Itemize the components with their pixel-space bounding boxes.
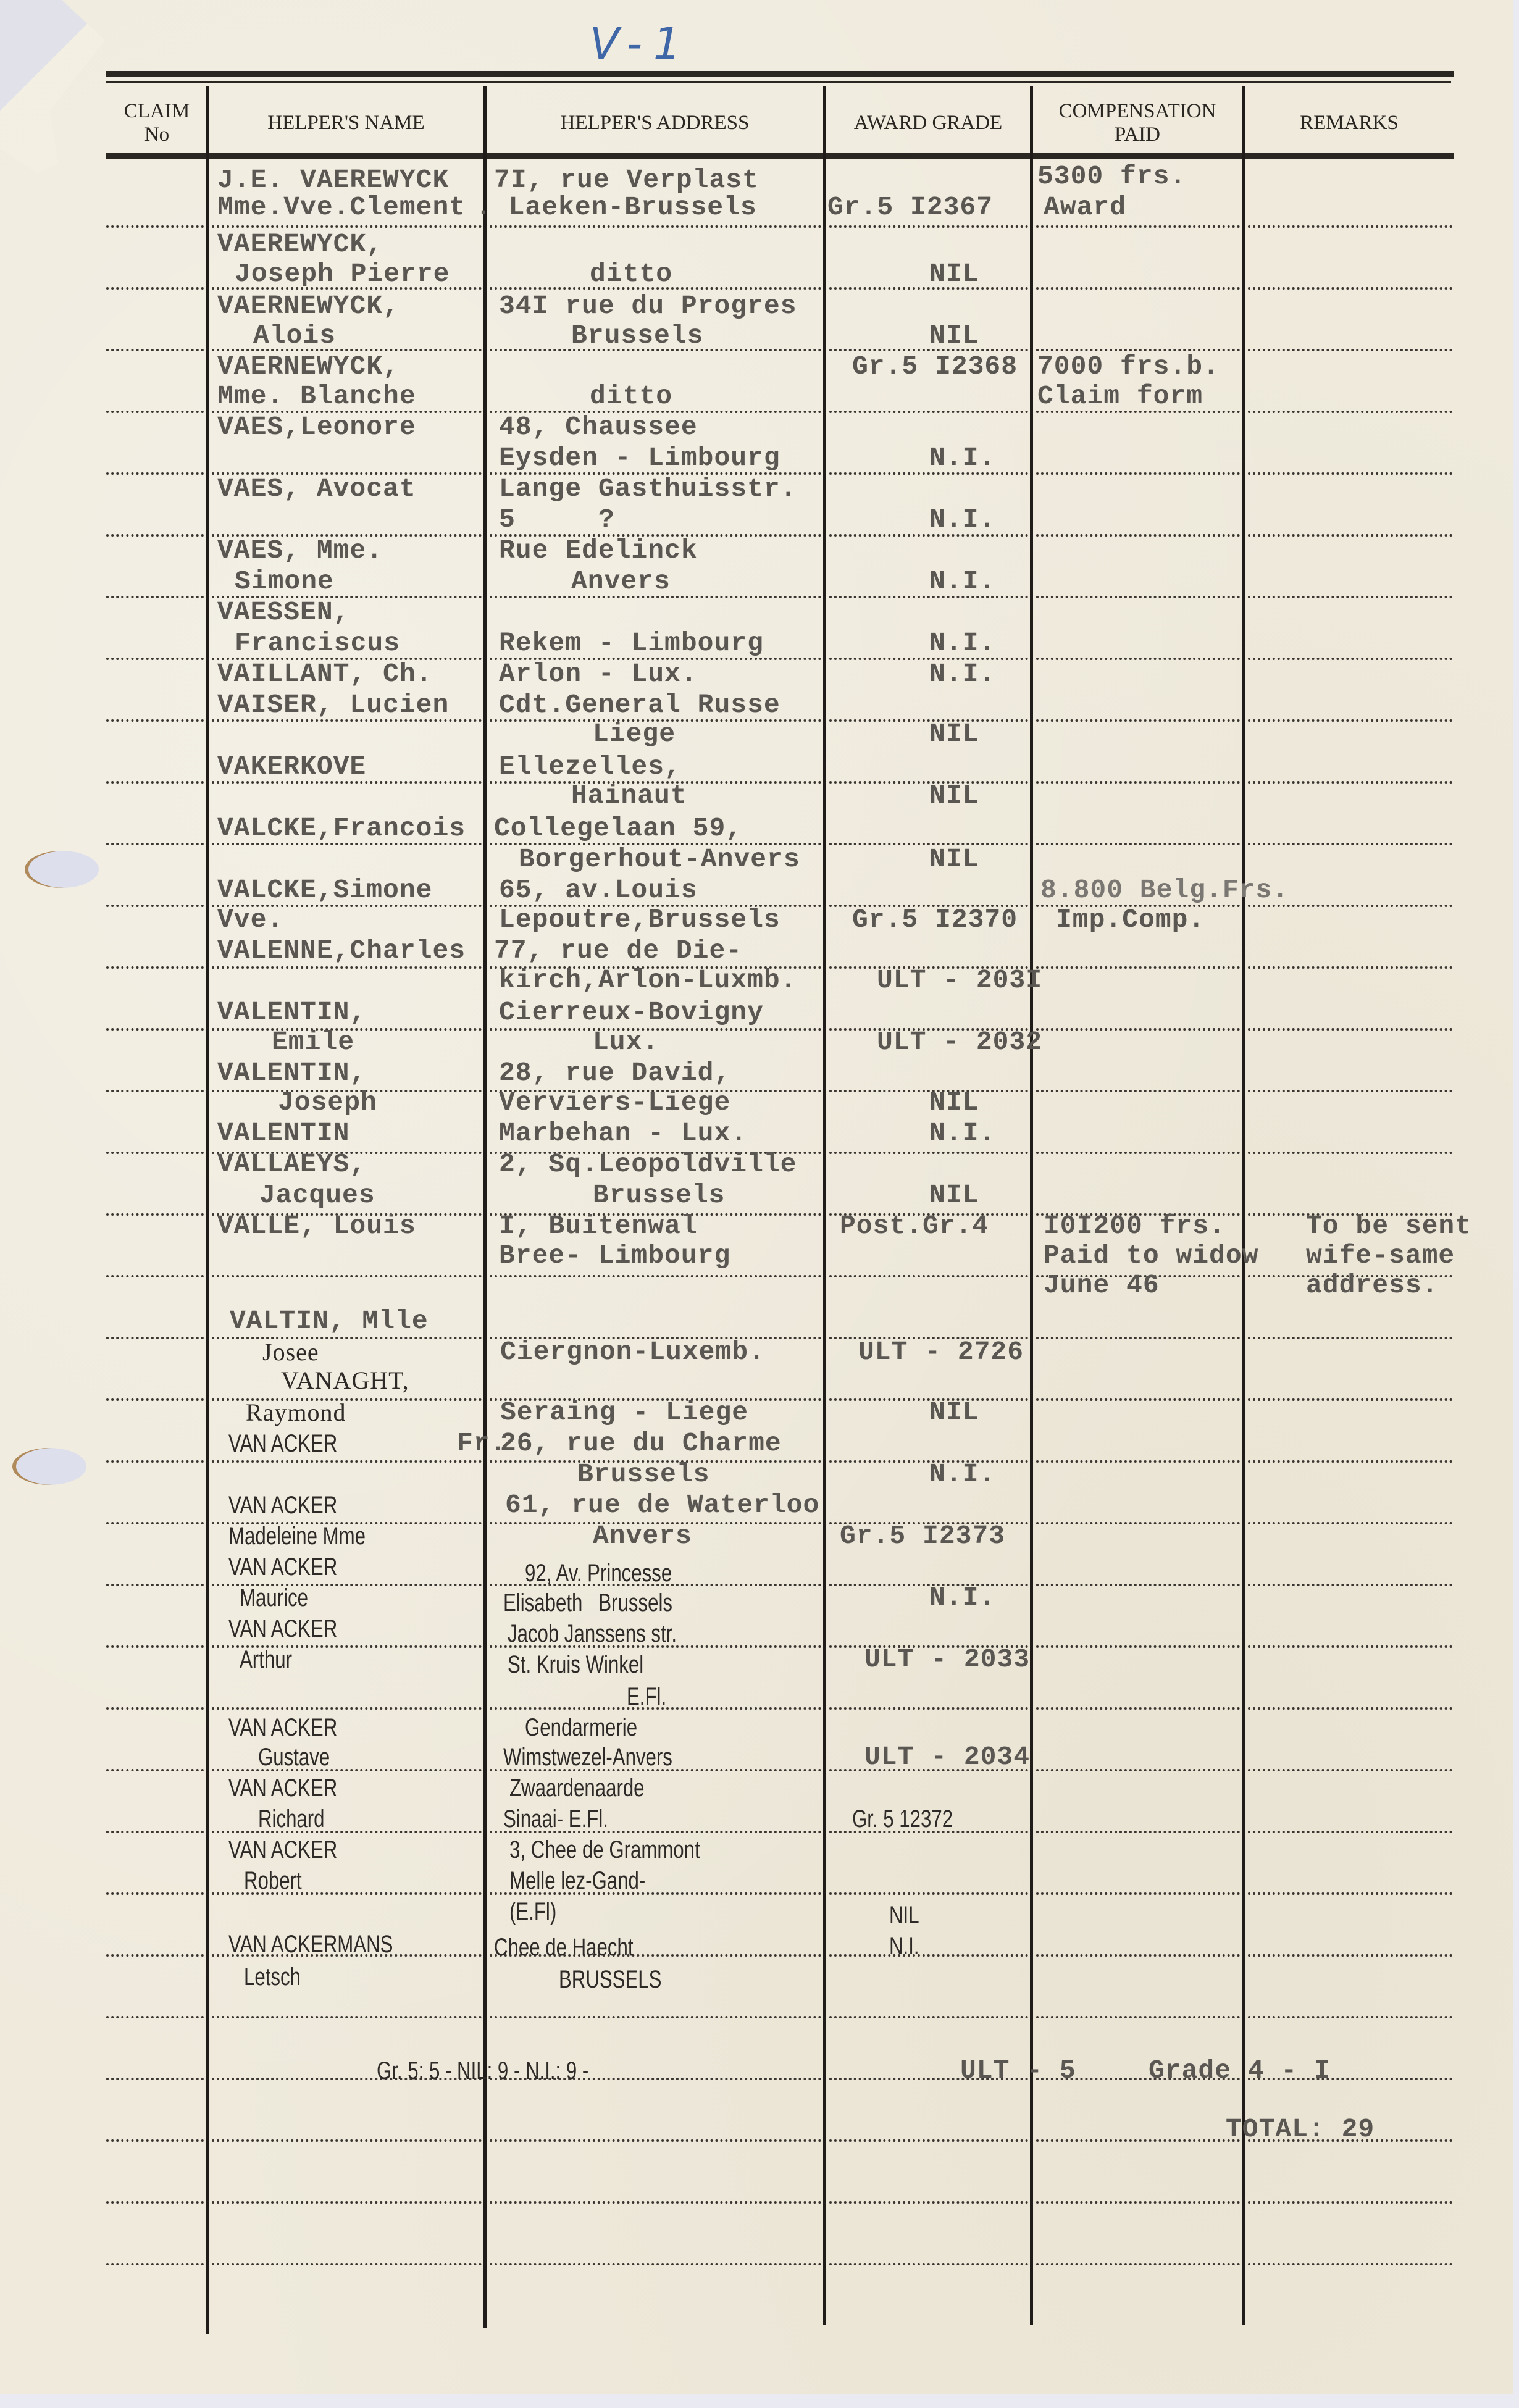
entry-compensation: 8.800 Belg.Frs.: [1040, 876, 1289, 905]
entry-remarks: address.: [1306, 1271, 1438, 1300]
header-helper-name: HELPER'S NAME: [209, 93, 483, 154]
row-separator: [106, 1028, 204, 1031]
row-separator: [1036, 1584, 1240, 1586]
entry-address: Brussels: [577, 1460, 709, 1489]
row-separator: [1248, 1831, 1452, 1833]
entry-address: Cdt.General Russe: [499, 690, 780, 720]
column-divider: [483, 86, 487, 2328]
entry-grade: N.I.: [929, 659, 995, 689]
row-separator: [1036, 225, 1240, 228]
entry-address: Brussels: [571, 321, 703, 351]
entry-name: VAERNEWYCK,: [217, 352, 400, 382]
entry-name: VAN ACKER: [228, 1614, 337, 1644]
entry-name: VALENNE,Charles: [217, 936, 466, 966]
row-separator: [1248, 658, 1452, 660]
row-separator: [212, 2201, 482, 2204]
summary-ult-count: ULT - 5: [960, 2056, 1076, 2086]
row-separator: [106, 719, 204, 722]
row-separator: [1248, 1892, 1452, 1895]
entry-address: Anvers: [571, 567, 671, 596]
entry-name: Letsch: [244, 1962, 301, 1992]
row-separator: [1248, 719, 1452, 722]
row-separator: [106, 658, 204, 660]
entry-grade: NIL: [889, 1900, 919, 1930]
row-separator: [1248, 781, 1452, 784]
entry-grade: Post.Gr.4: [840, 1211, 989, 1241]
row-separator: [106, 2078, 204, 2080]
entry-address: ditto: [590, 259, 672, 289]
row-separator: [106, 2263, 204, 2265]
entry-name: Robert: [244, 1866, 302, 1896]
row-separator: [1248, 411, 1452, 413]
entry-address: Rue Edelinck: [499, 536, 698, 566]
entry-name: Joseph: [278, 1088, 377, 1118]
entry-grade: Gr.5 I2367: [827, 193, 993, 222]
row-separator: [106, 1831, 204, 1833]
row-separator: [829, 2201, 1028, 2204]
row-separator: [212, 2263, 482, 2265]
row-separator: [106, 1398, 204, 1401]
row-separator: [829, 781, 1028, 784]
column-divider: [1030, 86, 1033, 2325]
row-separator: [106, 287, 204, 290]
row-separator: [1036, 2016, 1240, 2018]
entry-grade: NIL: [929, 1088, 979, 1118]
row-separator: [1036, 1707, 1240, 1710]
entry-address: Borgerhout-Anvers: [519, 845, 800, 874]
row-separator: [1248, 1707, 1452, 1710]
entry-name: Richard: [258, 1804, 325, 1834]
entry-address: 61, rue de Waterloo: [505, 1490, 819, 1520]
entry-address: Lange Gasthuisstr.: [499, 474, 797, 504]
entry-name: VALTIN, Mlle: [230, 1306, 429, 1336]
entry-name: Mme.Vve.Clement: [217, 193, 466, 222]
entry-name: Franciscus: [235, 629, 400, 658]
row-separator: [212, 966, 482, 969]
entry-name: VAERNEWYCK,: [217, 291, 400, 321]
entry-address: 7I, rue Verplast: [494, 165, 759, 195]
row-separator: [829, 2139, 1028, 2142]
row-separator: [106, 349, 204, 351]
row-separator: [1036, 1337, 1240, 1339]
row-separator: [829, 472, 1028, 475]
row-separator: [829, 596, 1028, 598]
entry-grade: NIL: [929, 845, 979, 874]
entry-name: Mme. Blanche: [217, 382, 416, 411]
entry-grade: Gr.5 I2370: [852, 905, 1018, 935]
entry-name: VAN ACKER: [228, 1429, 337, 1458]
entry-name: VAES,Leonore: [217, 412, 416, 442]
entry-name: VAISER, Lucien: [217, 690, 449, 720]
column-divider: [206, 86, 209, 2334]
entry-compensation: June 46: [1044, 1271, 1160, 1300]
entry-address: Gendarmerie: [525, 1713, 637, 1742]
entry-name: Arthur: [240, 1645, 292, 1674]
entry-address: Hainaut: [571, 781, 687, 811]
entry-address: 28, rue David,: [499, 1058, 730, 1088]
row-separator: [1248, 1769, 1452, 1771]
row-separator: [1248, 1028, 1452, 1031]
row-separator: [829, 287, 1028, 290]
entry-compensation: I0I200 frs.: [1044, 1211, 1226, 1241]
entry-grade: NIL: [929, 781, 979, 811]
entry-name: VAEREWYCK,: [217, 230, 383, 259]
entry-grade: Gr. 5 12372: [852, 1804, 953, 1834]
entry-name: VANAGHT,: [281, 1366, 409, 1395]
row-separator: [106, 1707, 204, 1710]
row-separator: [106, 1522, 204, 1524]
entry-address: Ciergnon-Luxemb.: [500, 1337, 765, 1367]
entry-compensation: Imp.Comp.: [1056, 905, 1205, 935]
top-rule-thin: [106, 81, 1451, 83]
folded-corner: [0, 0, 105, 173]
row-separator: [829, 1398, 1028, 1401]
row-separator: [1036, 1152, 1240, 1154]
entry-address: Jacob Janssens str.: [508, 1619, 677, 1649]
row-separator: [1036, 1028, 1240, 1031]
document-page: V-1 CLAIM No HELPER'S NAME HELPER'S ADDR…: [0, 0, 1513, 2394]
header-helper-address: HELPER'S ADDRESS: [487, 93, 823, 154]
row-separator: [1248, 966, 1452, 969]
entry-name: VAN ACKER: [228, 1835, 337, 1865]
row-separator: [106, 1275, 204, 1277]
row-separator: [106, 472, 204, 475]
entry-grade: N.I.: [929, 567, 995, 596]
row-separator: [1248, 843, 1452, 845]
entry-address: 26, rue du Charme: [500, 1429, 782, 1458]
entry-address: Cierreux-Bovigny: [499, 998, 764, 1027]
entry-name: Josee: [262, 1337, 319, 1367]
row-separator: [212, 1707, 482, 1710]
entry-grade: NIL: [929, 259, 979, 289]
entry-name: Alois: [253, 321, 336, 351]
row-separator: [1248, 1645, 1452, 1648]
row-separator: [1036, 2139, 1240, 2142]
entry-address: 2, Sq.Leopoldville: [499, 1150, 797, 1179]
row-separator: [1036, 2263, 1240, 2265]
entry-address: 77, rue de Die-: [494, 936, 742, 966]
row-separator: [106, 1954, 204, 1957]
entry-name: Vve.: [217, 905, 283, 935]
entry-grade: N.I.: [889, 1931, 919, 1961]
entry-address: Elisabeth Brussels: [503, 1588, 672, 1618]
entry-address: . Laeken-Brussels: [475, 193, 757, 222]
entry-grade: ULT - 203I: [877, 966, 1042, 995]
row-separator: [490, 2263, 821, 2265]
row-separator: [829, 843, 1028, 845]
entry-address: BRUSSELS: [559, 1965, 661, 1994]
entry-address: 65, av.Louis: [499, 876, 698, 905]
row-separator: [829, 1707, 1028, 1710]
row-separator: [1248, 1460, 1452, 1463]
row-separator: [829, 1954, 1028, 1957]
entry-grade: N.I.: [929, 1119, 995, 1148]
row-separator: [1036, 781, 1240, 784]
row-separator: [212, 1769, 482, 1771]
row-separator: [1248, 1584, 1452, 1586]
entry-remarks: To be sent: [1306, 1211, 1471, 1241]
entry-address: Wimstwezel-Anvers: [503, 1742, 672, 1772]
entry-name: VAKERKOVE: [217, 752, 366, 782]
row-separator: [1248, 2263, 1452, 2265]
row-separator: [829, 2016, 1028, 2018]
header-compensation-paid: COMPENSATION PAID: [1033, 93, 1242, 154]
entry-name: VAN ACKER: [228, 1552, 337, 1582]
row-separator: [1248, 1090, 1452, 1092]
row-separator: [1248, 1337, 1452, 1339]
row-separator: [829, 2263, 1028, 2265]
row-separator: [1036, 1831, 1240, 1833]
row-separator: [106, 1645, 204, 1648]
row-separator: [106, 1769, 204, 1771]
row-separator: [106, 781, 204, 784]
row-separator: [1036, 843, 1240, 845]
row-separator: [1248, 1954, 1452, 1957]
summary-total: TOTAL: 29: [1226, 2115, 1375, 2144]
entry-address: Arlon - Lux.: [499, 659, 698, 689]
entry-name: VAILLANT, Ch.: [217, 659, 432, 689]
row-separator: [829, 411, 1028, 413]
entry-address: Eysden - Limbourg: [499, 443, 780, 473]
summary-grade4-count: Grade 4 - I: [1149, 2056, 1331, 2086]
entry-address: 5 ?: [499, 505, 615, 535]
entry-address: 34I rue du Progres: [499, 291, 797, 321]
row-separator: [1036, 472, 1240, 475]
entry-address: Rekem - Limbourg: [499, 629, 764, 658]
row-separator: [1036, 1522, 1240, 1524]
entry-grade: NIL: [929, 1181, 979, 1210]
row-separator: [106, 1460, 204, 1463]
entry-name: VAN ACKER: [228, 1773, 337, 1803]
row-separator: [212, 2139, 482, 2142]
top-rule: [106, 71, 1454, 77]
row-separator: [106, 2016, 204, 2018]
row-separator: [1036, 719, 1240, 722]
entry-address: Sinaai- E.Fl.: [503, 1804, 608, 1834]
row-separator: [829, 1584, 1028, 1586]
row-separator: [106, 534, 204, 537]
entry-remarks: wife-same: [1306, 1241, 1455, 1271]
row-separator: [1036, 1769, 1240, 1771]
entry-compensation: Award: [1044, 193, 1126, 222]
entry-name: Madeleine Mme: [228, 1521, 366, 1551]
entry-compensation: Claim form: [1037, 382, 1203, 411]
row-separator: [490, 2201, 821, 2204]
entry-name: VAES, Avocat: [217, 474, 416, 504]
header-claim-no: CLAIM No: [108, 93, 206, 154]
entry-grade: N.I.: [929, 1460, 995, 1489]
entry-name: VALCKE,Francois: [217, 814, 466, 843]
row-separator: [1036, 596, 1240, 598]
row-separator: [212, 1337, 482, 1339]
row-separator: [212, 2016, 482, 2018]
row-separator: [212, 1460, 482, 1463]
row-separator: [212, 1275, 482, 1277]
entry-address: 92, Av. Princesse: [525, 1558, 672, 1588]
row-separator: [1248, 2201, 1452, 2204]
entry-compensation: Paid to widow: [1044, 1241, 1258, 1271]
entry-name: VAESSEN,: [217, 598, 349, 627]
row-separator: [829, 225, 1028, 228]
row-separator: [106, 411, 204, 413]
punch-hole-top: [25, 851, 99, 888]
row-separator: [106, 1090, 204, 1092]
entry-grade: ULT - 2726: [858, 1337, 1024, 1367]
row-separator: [1036, 1954, 1240, 1957]
entry-name: Joseph Pierre: [235, 259, 450, 289]
row-separator: [106, 2201, 204, 2204]
entry-address: Chee de Haecht: [494, 1933, 633, 1962]
entry-grade: NIL: [929, 321, 979, 351]
row-separator: [490, 2139, 821, 2142]
row-separator: [106, 225, 204, 228]
column-divider: [1242, 86, 1245, 2325]
row-separator: [1036, 966, 1240, 969]
row-separator: [1036, 2201, 1240, 2204]
row-separator: [1036, 534, 1240, 537]
entry-name: Jacques: [259, 1181, 375, 1210]
row-separator: [1036, 658, 1240, 660]
entry-address: St. Kruis Winkel: [508, 1650, 643, 1679]
entry-address: (E.Fl): [509, 1897, 556, 1926]
entry-address: Seraing - Liege: [500, 1398, 748, 1428]
row-separator: [829, 1152, 1028, 1154]
entry-address: Ellezelles,: [499, 752, 681, 782]
entry-name: VAN ACKER: [228, 1713, 337, 1742]
entry-address: Bree- Limbourg: [499, 1241, 730, 1271]
entry-address: Lepoutre,Brussels: [499, 905, 780, 935]
entry-grade: N.I.: [929, 629, 995, 658]
entry-address: kirch,Arlon-Luxmb.: [499, 966, 797, 995]
entry-name: Simone: [235, 567, 334, 596]
row-separator: [1248, 349, 1452, 351]
entry-name: VALCKE,Simone: [217, 876, 432, 905]
column-divider: [823, 86, 826, 2325]
entry-address: Collegelaan 59,: [494, 814, 742, 843]
entry-address: Zwaardenaarde: [509, 1773, 645, 1803]
row-separator: [1248, 472, 1452, 475]
entry-name: VAN ACKERMANS: [228, 1929, 393, 1959]
entry-grade: N.I.: [929, 1583, 995, 1613]
row-separator: [1036, 1892, 1240, 1895]
entry-address: E.Fl.: [627, 1682, 666, 1712]
entry-address: Melle lez-Gand-: [509, 1866, 645, 1896]
entry-address: Verviers-Liege: [499, 1088, 730, 1118]
row-separator: [106, 1337, 204, 1339]
entry-address: Brussels: [593, 1181, 725, 1210]
row-separator: [1036, 1645, 1240, 1648]
row-separator: [1248, 1398, 1452, 1401]
row-separator: [490, 2016, 821, 2018]
entry-name: Raymond: [246, 1398, 346, 1428]
row-separator: [1248, 225, 1452, 228]
row-separator: [106, 966, 204, 969]
row-separator: [1036, 287, 1240, 290]
entry-grade: Gr.5 I2368: [852, 352, 1018, 382]
entry-name: VAES, Mme.: [217, 536, 383, 566]
entry-grade: NIL: [929, 1398, 979, 1428]
entry-address: Liege: [593, 719, 676, 749]
row-separator: [829, 534, 1028, 537]
entry-grade: Gr.5 I2373: [840, 1521, 1005, 1551]
row-separator: [1248, 534, 1452, 537]
row-separator: [106, 1152, 204, 1154]
row-separator: [1248, 596, 1452, 598]
entry-name: J.E. VAEREWYCK: [217, 165, 449, 195]
row-separator: [212, 225, 482, 228]
punch-hole-bottom: [12, 1448, 86, 1485]
entry-address: 48, Chaussee: [499, 412, 698, 442]
entry-grade: ULT - 2033: [864, 1645, 1030, 1674]
row-separator: [1248, 2016, 1452, 2018]
row-separator: [106, 1892, 204, 1895]
entry-address: ditto: [590, 382, 672, 411]
entry-name: VALENTIN,: [217, 998, 366, 1027]
row-separator: [106, 1584, 204, 1586]
row-separator: [1036, 1460, 1240, 1463]
entry-address: Anvers: [593, 1521, 692, 1551]
row-separator: [106, 843, 204, 845]
row-separator: [829, 719, 1028, 722]
row-separator: [829, 1460, 1028, 1463]
entry-name: VALENTIN,: [217, 1058, 366, 1088]
row-separator: [829, 1090, 1028, 1092]
row-separator: [1248, 287, 1452, 290]
handwritten-label: V-1: [590, 19, 692, 69]
entry-name: VALLE, Louis: [217, 1211, 416, 1241]
row-separator: [106, 1213, 204, 1216]
entry-grade: NIL: [929, 719, 979, 749]
entry-compensation: 5300 frs.: [1037, 162, 1186, 191]
entry-address: Marbehan - Lux.: [499, 1119, 747, 1148]
row-separator: [1248, 1152, 1452, 1154]
header-remarks: REMARKS: [1245, 93, 1454, 154]
entry-compensation: 7000 frs.b.: [1037, 352, 1220, 382]
summary-grade-counts: Gr. 5: 5 - NIL: 9 - N.I.: 9 -: [377, 2056, 588, 2086]
entry-address: I, Buitenwal: [499, 1211, 698, 1241]
entry-name: VALENTIN: [217, 1119, 349, 1148]
row-separator: [490, 225, 821, 228]
entry-name: Maurice: [240, 1583, 308, 1613]
entry-address: Lux.: [593, 1027, 659, 1057]
entry-name: VALLAEYS,: [217, 1150, 366, 1179]
entry-name: VAN ACKER: [228, 1490, 337, 1520]
entry-grade: N.I.: [929, 505, 995, 535]
row-separator: [106, 905, 204, 907]
entry-name: Emile: [272, 1027, 354, 1057]
row-separator: [1248, 1522, 1452, 1524]
entry-address: 3, Chee de Grammont: [509, 1835, 700, 1865]
row-separator: [106, 2139, 204, 2142]
row-separator: [212, 1831, 482, 1833]
entry-grade: N.I.: [929, 443, 995, 473]
row-separator: [1036, 1090, 1240, 1092]
row-separator: [490, 1275, 821, 1277]
row-separator: [829, 658, 1028, 660]
entry-name: Gustave: [258, 1742, 330, 1772]
row-separator: [829, 1275, 1028, 1277]
row-separator: [106, 596, 204, 598]
row-separator: [1036, 1398, 1240, 1401]
entry-name-suffix: Fr.: [457, 1429, 506, 1458]
entry-grade: ULT - 2034: [864, 1742, 1030, 1772]
row-separator: [829, 1892, 1028, 1895]
entry-grade: ULT - 2032: [877, 1027, 1042, 1057]
header-award-grade: AWARD GRADE: [826, 93, 1030, 154]
